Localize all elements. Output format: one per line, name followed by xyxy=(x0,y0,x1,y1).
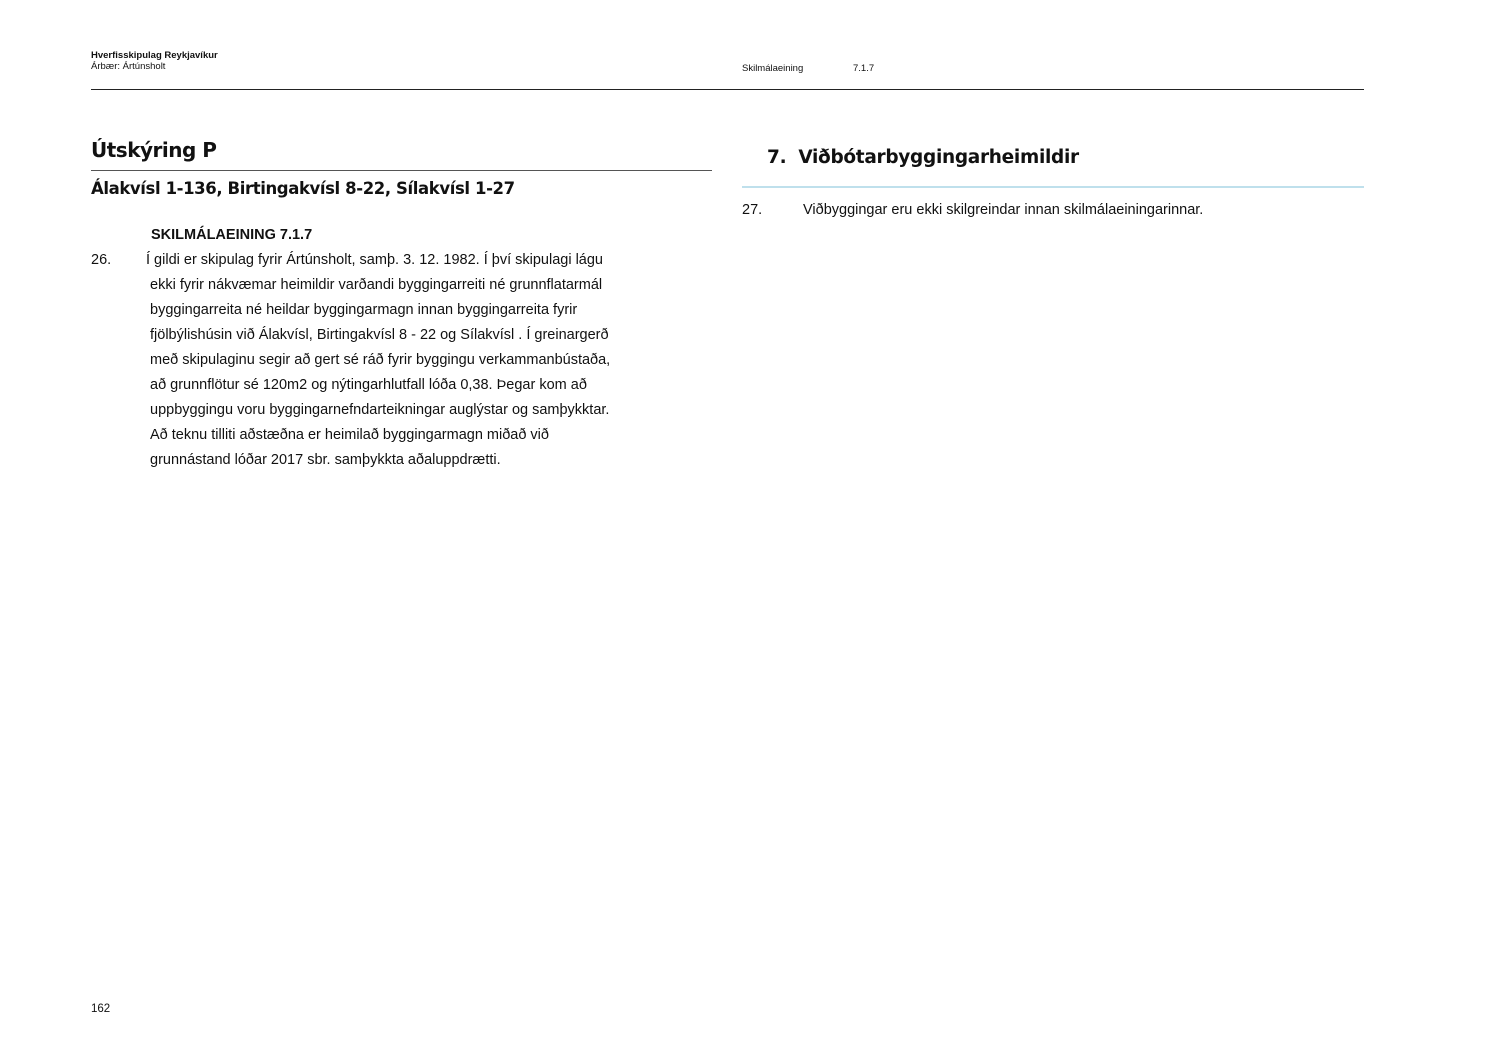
page-number: 162 xyxy=(91,1003,110,1015)
paragraph-body: ekki fyrir nákvæmar heimildir varðandi b… xyxy=(146,273,706,473)
unit-heading: SKILMÁLAEINING 7.1.7 xyxy=(151,227,312,243)
section-title: Viðbótarbyggingarheimildir xyxy=(798,147,1079,168)
section-number: 7. xyxy=(767,147,786,168)
paragraph-number: 27. xyxy=(742,198,762,223)
paragraph-text: Viðbyggingar eru ekki skilgreindar innan… xyxy=(803,198,1203,223)
header-titles: Hverfisskipulag Reykjavíkur Árbær: Ártún… xyxy=(91,50,218,72)
section-heading: 7.Viðbótarbyggingarheimildir xyxy=(767,147,1079,168)
document-subtitle: Árbær: Ártúnsholt xyxy=(91,61,218,72)
section-divider xyxy=(742,186,1364,188)
header-section-label: Skilmálaeining xyxy=(742,63,803,74)
left-title-divider xyxy=(91,170,712,171)
paragraph-text: Í gildi er skipulag fyrir Ártúnsholt, sa… xyxy=(146,248,706,473)
explanation-title: Útskýring P xyxy=(91,138,216,162)
paragraph-number: 26. xyxy=(91,248,111,273)
address-subtitle: Álakvísl 1-136, Birtingakvísl 8-22, Síla… xyxy=(91,179,515,198)
paragraph-first-line: Í gildi er skipulag fyrir Ártúnsholt, sa… xyxy=(146,248,706,273)
header-divider xyxy=(91,89,1364,90)
header-section-number: 7.1.7 xyxy=(853,63,874,74)
document-title: Hverfisskipulag Reykjavíkur xyxy=(91,50,218,61)
